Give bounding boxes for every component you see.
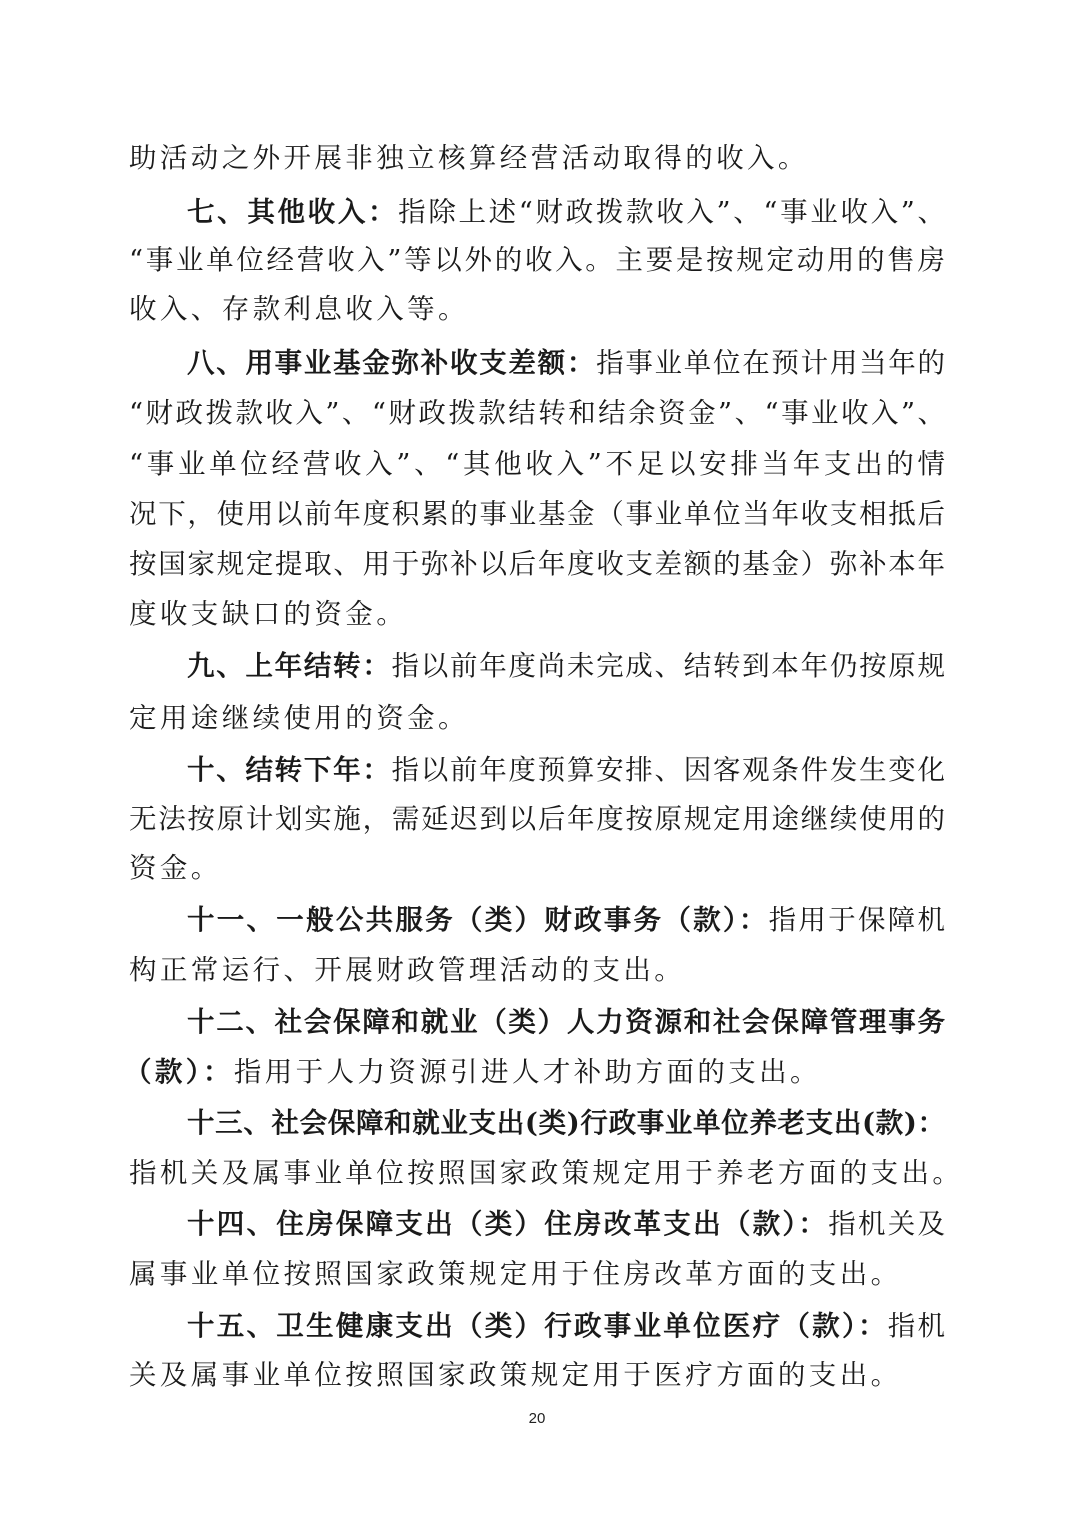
section-heading: 七、其他收入： — [187, 196, 398, 228]
page-number: 20 — [0, 1410, 1074, 1427]
section-heading: 十三、社会保障和就业支出(类)行政事业单位养老支出(款)： — [187, 1105, 945, 1141]
paragraph-text: 指除上述“财政拨款收入”、“事业收入”、 — [398, 196, 945, 228]
paragraph-line: 无法按原计划实施，需延迟到以后年度按原规定用途继续使用的 — [129, 801, 945, 837]
paragraph-line: “事业单位经营收入”等以外的收入。主要是按规定动用的售房 — [129, 242, 945, 278]
paragraph-line: 关及属事业单位按照国家政策规定用于医疗方面的支出。 — [129, 1357, 945, 1393]
paragraph-line: 按国家规定提取、用于弥补以后年度收支差额的基金）弥补本年 — [129, 546, 945, 582]
paragraph-text: 指事业单位在预计用当年的 — [596, 347, 945, 379]
section-heading-cont: （款）： — [124, 1056, 234, 1088]
section-heading: 十二、社会保障和就业（类）人力资源和社会保障管理事务 — [187, 1004, 945, 1040]
paragraph-line: 构正常运行、开展财政管理活动的支出。 — [129, 952, 945, 988]
paragraph-text: 指以前年度尚未完成、结转到本年仍按原规 — [392, 650, 945, 682]
paragraph-first-line: 九、上年结转：指以前年度尚未完成、结转到本年仍按原规 — [187, 648, 945, 684]
paragraph-text: 指机关及 — [828, 1208, 945, 1240]
paragraph-text: 指以前年度预算安排、因客观条件发生变化 — [392, 754, 945, 786]
paragraph-line: 收入、存款利息收入等。 — [129, 291, 945, 327]
paragraph-line: “财政拨款收入”、“财政拨款结转和结余资金”、“事业收入”、 — [129, 395, 945, 431]
paragraph-first-line: 十五、卫生健康支出（类）行政事业单位医疗（款）：指机 — [187, 1308, 945, 1344]
paragraph-text: 指机 — [888, 1310, 945, 1342]
paragraph-line: 定用途继续使用的资金。 — [129, 700, 945, 736]
paragraph-line: 指机关及属事业单位按照国家政策规定用于养老方面的支出。 — [129, 1155, 945, 1191]
paragraph-line: 况下，使用以前年度积累的事业基金（事业单位当年收支相抵后 — [129, 496, 945, 532]
section-heading: 十、结转下年： — [187, 754, 392, 786]
paragraph-line: 助活动之外开展非独立核算经营活动取得的收入。 — [129, 140, 945, 176]
paragraph-text: 指用于保障机 — [769, 904, 945, 936]
paragraph-line: （款）：指用于人力资源引进人才补助方面的支出。 — [124, 1054, 940, 1090]
paragraph-text: 指用于人力资源引进人才补助方面的支出。 — [234, 1056, 821, 1088]
section-heading: 十五、卫生健康支出（类）行政事业单位医疗（款）： — [187, 1310, 888, 1342]
paragraph-line: 属事业单位按照国家政策规定用于住房改革方面的支出。 — [129, 1256, 945, 1292]
paragraph-line: 度收支缺口的资金。 — [129, 596, 945, 632]
paragraph-line: “事业单位经营收入”、“其他收入”不足以安排当年支出的情 — [129, 446, 945, 482]
paragraph-first-line: 十、结转下年：指以前年度预算安排、因客观条件发生变化 — [187, 752, 945, 788]
paragraph-first-line: 七、其他收入：指除上述“财政拨款收入”、“事业收入”、 — [187, 194, 945, 230]
document-page: 助活动之外开展非独立核算经营活动取得的收入。 七、其他收入：指除上述“财政拨款收… — [0, 0, 1074, 1520]
paragraph-line: 资金。 — [129, 850, 945, 886]
paragraph-first-line: 十一、一般公共服务（类）财政事务（款）：指用于保障机 — [187, 902, 945, 938]
section-heading: 八、用事业基金弥补收支差额： — [187, 347, 596, 379]
section-heading: 十四、住房保障支出（类）住房改革支出（款）： — [187, 1208, 828, 1240]
paragraph-first-line: 十四、住房保障支出（类）住房改革支出（款）：指机关及 — [187, 1206, 945, 1242]
section-heading: 十一、一般公共服务（类）财政事务（款）： — [187, 904, 769, 936]
paragraph-first-line: 八、用事业基金弥补收支差额：指事业单位在预计用当年的 — [187, 345, 945, 381]
section-heading: 九、上年结转： — [187, 650, 392, 682]
